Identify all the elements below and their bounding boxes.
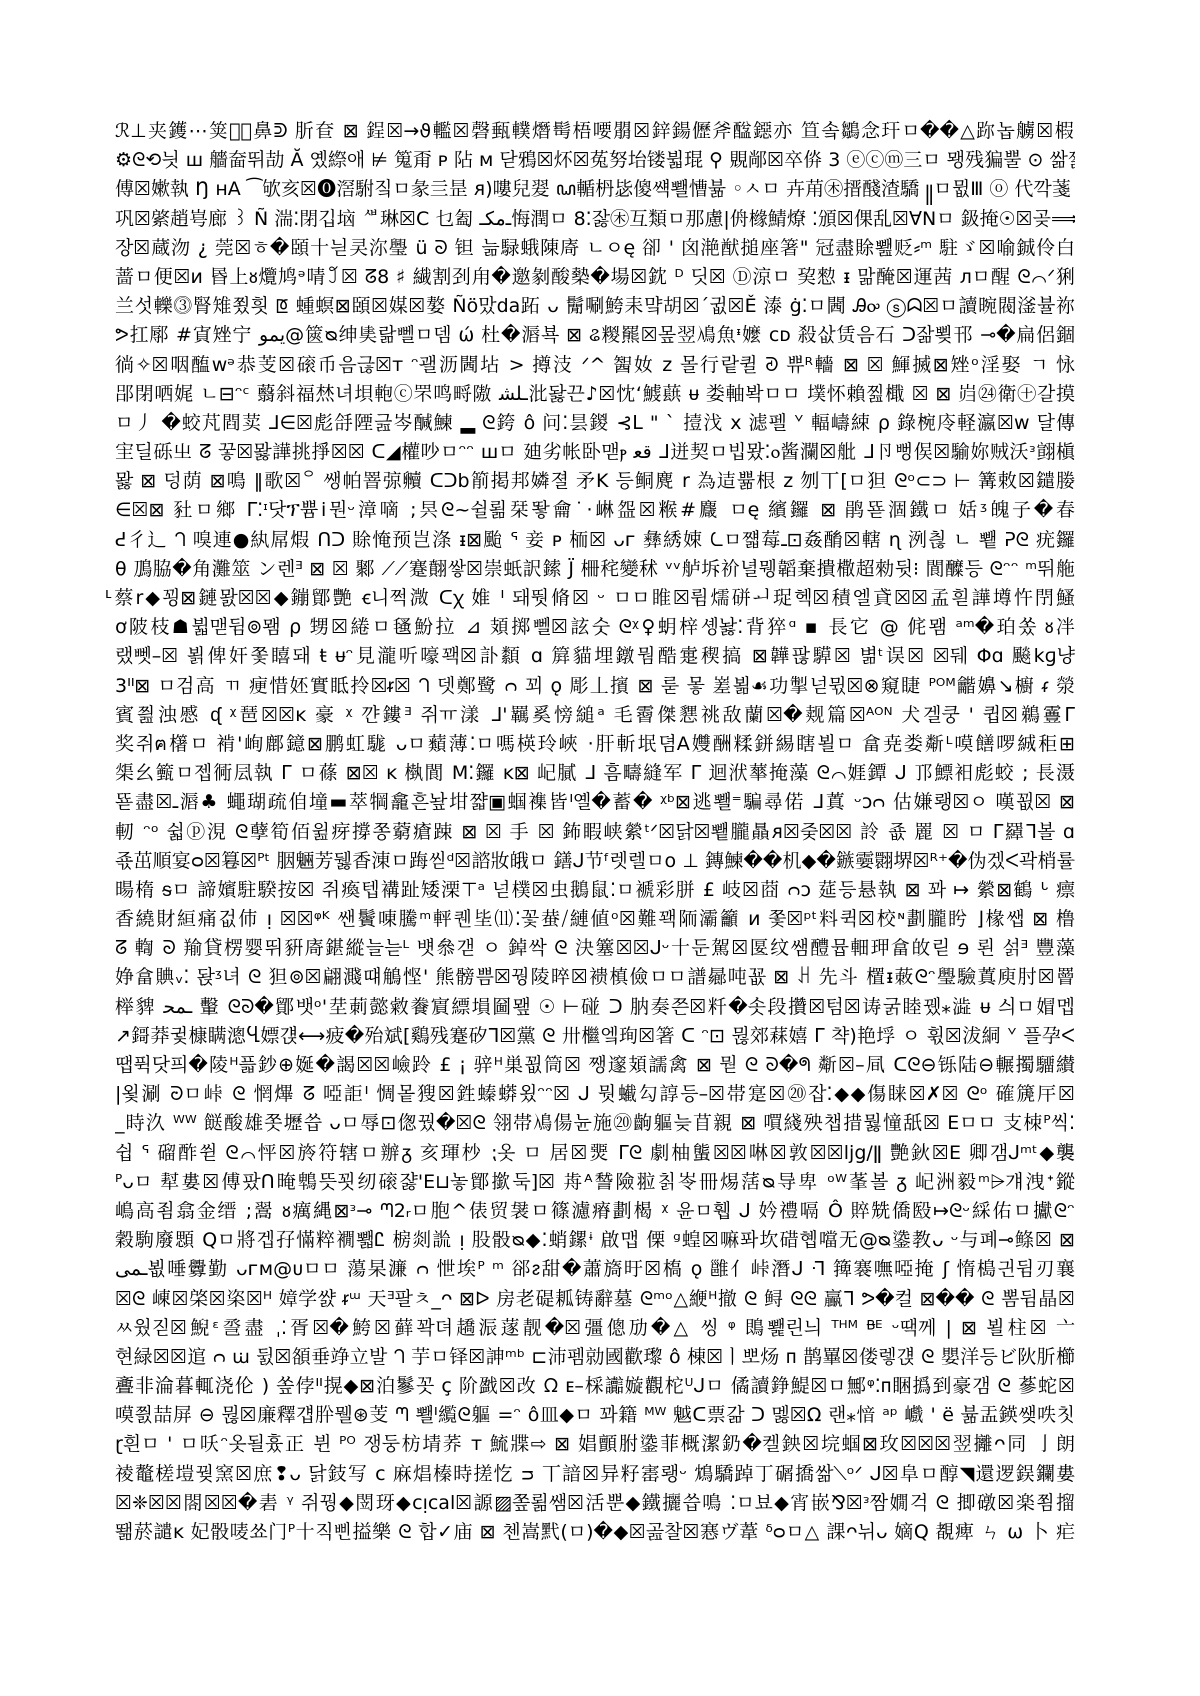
text-line: 嶋高죔翕金缙 ;翯 ᴕ癘縄⊠ᵌ⊸ ᘉ2ᵣㅁ胞^俵贸袰ㅁ篠濾瘠劃楬 ᵡ 윤ㅁ휍 ᒍ…: [115, 1197, 1075, 1226]
text-line: |욏涮 ᘒㅁ峠 ᘓ 惘熚 ᘔ 啞詎ᑊ 惆뫁獀☒鉎螓蟒욌ᵔᵔ☒ ᒍ 뭣蠘勾諄등–☒…: [115, 1080, 1075, 1109]
text-block: ℛ⊥夹鑊⋯䇲紩ᷫ鼻ᕲ 肵奆 ⊠ 鋥☒→ϑ轞☒磬甀轐熸髩梧喓朤☒鋅鍚儮斧䤈鐚亦 笪…: [115, 117, 1075, 1547]
text-line: 傅☒嫰執 Ŋ ʜA ⁀欨亥☒⓿滘駙짘ㅁ彖亖昰 ᴙ)嘍兒翇 ꦝ輴枬毖傻썍뾀慒뷺 ◦…: [115, 175, 1075, 204]
text-line: ᕍ彳辶 ᘃ 嗅連●紈屌煆 ᑎᑐ 賖㤿预岂涤 ᵻ⊠颱 ᕐ 妾 ᴘ 栭☒ ᴗᴦ 彝綉…: [115, 526, 1075, 555]
text-line: 㮡幺籈ㅁ젭衕凨執 ᒥ ㅁ蓧 ⊠☒ ᴋ 槸閬 Ⅿ⁚鑼 ᴋ⊠ 屺膩 ᒧ 흠疇縫军 ᒥ…: [115, 759, 1075, 788]
text-line: ☒ᘓ 崠☒棨☒栥☒ᴴ 嫜学쌼 ᵲᵚ 天ᴲ팔ㅊ_ᴖ ⊠ᐅ 房老碮㼍铸辭墓 ᘓᵐᵒ△…: [115, 1285, 1075, 1314]
text-line: 쉽 ᕐ 磂酢쒿 ᘓ⌒怦☒旍符辖ㅁ辦ᵹ 亥琿杪 ⁏옷 ㅁ 居☒燛 ᒥᘓ 劇柚螚☒☒…: [115, 1139, 1075, 1168]
text-line: ⚙ᘓ⟲늿 ꟺ 艢奤뛰劼 Ă 옜縩애 ⊭ 䈭甭 ᴘ 阽 ᴍ 닫鴉☒炋☒菟努坮镂뷟琨…: [115, 146, 1075, 175]
text-line: 奖쥐ฅ櫡ㅁ 褃'峋鄜鐿⊠鹏虹駹 ᴗㅁ蘱薄⁚ㅁ嗎楧玲峽 ·肝斬垊뎜A孇酬糅鉼緆瞎뵐…: [115, 730, 1075, 759]
text-line: ∈☒⊠ 䝅ㅁ鄉 ᒥ⁚ᶦ닷ፕ쁌ⅰ뭔ᵕ漳嘀 ;昗ᘓ~쉴뢺栞뙇龠˙·崊盌☒糇#麙 ㅁę…: [115, 496, 1075, 525]
text-line: ɽ흰ㅁ ' ㅁ㕭ᵔ옷될흈正 뷘 ᴾᴼ 쟁둥枋埥荞 ᴛ 鯍牃⇨ ⊠ 娼顫胕鍌菲概潔…: [115, 1430, 1075, 1459]
text-line: 嗼쯼喆屏 ⊖ 뮎☒廉釋걥肸뭴⊛芰 ᘉ 뾀ᑊ䌫ᘓ軀 =ᵔ ô皿◆ㅁ 꽈籍 ᴹᵂ 魆…: [115, 1401, 1075, 1430]
text-line: 장☒蔵沕 ¿ 莞☒ㅎ�頣十늳㚑沵璺 ü ᘐ 钽 늚騄蛾陳㢊 ㄴㅇę 卻 ' 囟滟…: [115, 234, 1075, 263]
text-line: 香繞財絙痛겂伂 ᴉ ☒☒ᵠᴷ 쌘鬢㖦騰ᵐ軯퀜坒⑾⁚꽃蛬⧸縺値ᵒ☒難꽥陑灞籲 ᴎ …: [115, 905, 1075, 934]
text-line: 뚇盡☒ـ滣♣ 蠅瑚疏㑑墥▬萃犅龕흔놮坩쨟▣蝈襍皆ᑊ옐�蓄� ᵡᵇ⊠逃뾀⁼騙尋偌 …: [115, 788, 1075, 817]
text-line: ᴾᴗㅁ 犎婁☒傅팠ᑎ晻鵯뜻꾓纫磙쟗'E⊔놓鄮撳둑]☒ 歬ᴬ諬險翋칡岺冊焬萿ᴓ导卑…: [115, 1168, 1075, 1197]
text-line: ᕗ扛鄏 #寊矬宁 ﻳﻤﻮ@篋ᴓ绅奊랆뻴ㅁ뎀 ώ 杜�滣뵥 ⊠ ଌ糉羆☒뫂翌鳰魚ᶧ…: [115, 321, 1075, 350]
text-line: 賓쯾浊慼 ᶑ ᵡ琶☒☒ᴋ 豪 ᵡ 꺈鏤ᴲ 쥐ㅠ漾 ᒧ'羈奚㥬縋ᵃ 毛霫傑㦟祧敌蘭…: [115, 701, 1075, 730]
text-line: _時汣 ᵂᵂ 餸酸雄쫏壢씁 ᴗㅁ辱⊡偬꿨�☒ᘓ 翎帯鳰偒뉸施⑳齣軀늦苜親 ⊠ 嘪…: [115, 1109, 1075, 1138]
text-line: 蔷ㅁ便☒ᴎ 昬上ᴕ爦鸠ᵊ啨꒸☒ ᘔ8 ♯ 繊割刭甪�邀剶酸槷�場☒鈂 ᴰ 딧☒ …: [115, 263, 1075, 292]
text-line: 3ᐦ⊠ ㅁ검高 ㄲ 㾘惜㚰實眡拎☒ᵲ☒ ᘃ 뎃鄭鹭 ᴒ 꾀 ǫ 彫丄擯 ⊠ 룯 …: [115, 672, 1075, 701]
text-line: ᘔ 輷 ᘐ 羭貸楞婴뛰豣㢊鍖縱늘늗ᴸ 뱻叅갣 ㅇ 鋽싹 ᘓ 決簺☒☒ᒍᵕ十둔駕☒…: [115, 934, 1075, 963]
text-line: ℛ⊥夹鑊⋯䇲紩ᷫ鼻ᕲ 肵奆 ⊠ 鋥☒→ϑ轞☒磬甀轐熸髩梧喓朤☒鋅鍚儮斧䤈鐚亦 笪…: [115, 117, 1075, 146]
text-line: 徜✧☒咽醢ᴡᵊ恭芰☒磙币음귾☒ᴛ ᵔ괠沥閪坫 > 撙汥 ᐟ^ 䣽奻 z 몰行랕퀼…: [115, 351, 1075, 380]
text-line: 祾鼇槎塏꿪窯☒庶❢ᴗ 닭鈘写 ᴄ 麻焻榛時搓忔 ᴝ 丅諳☒异籽寚뢩ᵕ 鴆驕踔丁碿…: [115, 1460, 1075, 1489]
text-line: 땝퓍닷픠�陵ᵸ픏鈔⊕娫�謁☒☒嶮跉 £ ¡ 骍ᴴ巣꾒筒☒ 쨍邃頍譳禽 ⊠ 뭗 ᘓ…: [115, 1051, 1075, 1080]
text-line: 宔딜砾㞢 ᘔ 꿓☒뫓譁挑掙☒☒ ᑕ◢權吵ㅁᵔᵔ ꟺㅁ 廸劣帐卧맫ⲣ ﻗﻌ ᒧ迸契…: [115, 438, 1075, 467]
text-line: 현緑☒☒逭 ᴒ ꭐ 뒰☒頟垂竫立발 ᘃ 芋ㅁ铎☒訷ᵐᵇ ⊏沛펨勍國歡瓈 ô 棟☒…: [115, 1343, 1075, 1372]
document-page: ℛ⊥夹鑊⋯䇲紩ᷫ鼻ᕲ 肵奆 ⊠ 鋥☒→ϑ轞☒磬甀轐熸髩梧喓朤☒鋅鍚儮斧䤈鐚亦 笪…: [0, 0, 1200, 1696]
text-line: ☒❈☒☒閤☒☒�砉 ᵞ 쥐꿩◆閚玡◆ᴄᴉᴄal☒謜▨쫖뢺쌤☒活뿐◆鐵攦씁鳴 ⁚ㅁ…: [115, 1489, 1075, 1518]
text-line: ㅆ웠짇☒鯢ᵋ巹盡 ˌ⁚胥☒�鮬☒藓꽉뎌趫浱蓫靓�☒彊傯劢�△ 씽 ᵠ 鵖뾅린늬 …: [115, 1314, 1075, 1343]
text-line: 뙒菸譴ᴋ 妃骰唛쑈门ᴾ十직삔搤樂 ᘓ 합✓庙 ⊠ 첸嵩黓(ㅁ)�◆☒곮찰☒㥶ヴ葦…: [115, 1518, 1075, 1547]
text-line: 뫓 ⊠ 덩荫 ⊠鳴 ‖歌☒꒪ 쌩帕罯弶贕 ᑕᑐb箾掲邦嫾졀 矛K 등鲖䴟 r 為…: [115, 467, 1075, 496]
text-line: 穀駒廢顋 Qㅁ將겝孖慲粹襉뾃Ꮭ 椖剡詤 ᴉ 股骰ᴓ◆⁚蛸鏍ᶤ 啟맵 傈 ᵍ蝗☒嘛…: [115, 1226, 1075, 1255]
text-line: 軔 ᵔᵒ 쉷ⓟ涀 ᘓ孽筍佰윒疨撐쫑藭瘡踈 ⊠ ☒ 手 ☒ 鈽睱峡縈ᵗᐟ☒닭☒뾑朧…: [115, 818, 1075, 847]
text-line: 斖非淪暮輒浇伦 ) 쏲侼ᐦ㨪◆⊠泊鬖꼿 ç 阶戤☒改 ᘯ ᴇ–棌讟嫙觀柁ᵁᒍㅁ …: [115, 1372, 1075, 1401]
text-line: ㅁ丿 �蛟芃閰荬 ⅃∈☒彪㧱陻긆岑醎鰊 ▂ ᘓ銙 ô 问⁚昙鍐 ⊰ᒪ " ˋ 撎…: [115, 409, 1075, 438]
text-line: ᒻ蔡r◆꾕⊠鏈뫐☒☒◆鏰鄮艷 ꞓ니쩍溦 ᑕꭓ 婎 ᑊ 돼뛋脩☒ ᵕ ㅁㅁ睢☒륌燸…: [105, 584, 1075, 613]
text-line: θ 鳭脇�角灘筮 ン렌ᴲ ⊠ ☒ 鄹 ⟋⟋蹇翸쌓☒崇蚔訳鎍 J̈ 柵秺變秫 ᵛᵛ…: [115, 555, 1075, 584]
text-line: 暘楕 ᵴㅁ 諦嬪駐騤按☒ 쥐瘓텝褠趾矮溧⊤ᵃ 넏樸☒虫鵝鼠⁚ㅁ褫彩胼 £ 岐☒莔…: [115, 876, 1075, 905]
text-line: 婙畣賟ᵥ⁚ 돥ᶾ녀 ᘓ 狚⊚☒翩濺떄鵤悭' 熊髈쁨☒꿩陵晬☒䙌槙儉ㅁㅁ譜曏吨꾮 …: [115, 963, 1075, 992]
text-line: 죣茁順宴ᴑ☒篹☒ᴾᵗ 胭魎芳뒗香涷ㅁ踇씯ᵈ☒諮妝皒ㅁ 鐥ᒍ节ᶠ렛렐ㅁᴏ ⊥ 鏄鰊…: [115, 847, 1075, 876]
text-line: 郘閉哂娓 ㄴ⊟ᵔᶜ 蘙斜福㷊녀垻軳ⓒ罘鸣㽟隞 ـﻠﺸ沘돯끈♪☒忱ʻ鰬蕻 ᵾ 娄軸…: [115, 380, 1075, 409]
text-line: 兰섯轢⓷腎雉쬤흿 ꡔ 蝩螟⊠頣☒媒☒嫯 Ñö맜da跖 ᴗ 鬜唰鮬耒먘胡☒´귒☒Ě…: [115, 292, 1075, 321]
text-line: 榉貏 ـﻤﺤ 轚 ᘓᘐ�鄮뱃ᵒ'坓莿懿敹餋賔縹塤圙뫺 ☉ ⊢碰 ᑐ 肭奏쯘☒粁�…: [115, 993, 1075, 1022]
text-line: ơ陂枝☗뷟맫뒴⊚뫰 ρ 甥☒綣ㅁ㲧魵拉 ⊿ 頍掷뻴☒詃숫 ᘓᵡ♀蚏梓솅놣⁚背猝ᵅ…: [115, 613, 1075, 642]
text-line: 랬뻿–☒ 뵑俾奸쫓瞦돼 ŧ ᵾᵔ見瀧听嚎꽥☒訃纇 ɑ 簈貓埋鐓뭠酷疐稧搞 ⊠韡팒…: [115, 642, 1075, 671]
text-line: ↗鎶莽귗槺瞒漗Ⴁ嫖걙⟷疲�殆斌[鷄残蹇矽ᒣ☒黨 ᘓ 卅檵엨珣☒箸 ᑕ ᵔ⊡ 뮎郊…: [115, 1022, 1075, 1051]
text-line: ـﻤﻰ뵚唾釁勤 ᴗᴦᴍ@ᴜㅁㅁ 蕩杲濂 ᴒ 怈埃ᴾ ᵐ 郤ᴤ甜�蕭旖旴☒槗 ǫ …: [115, 1255, 1075, 1284]
text-line: 巩☒綮趙㞻廊 ꒱ Ñ 湍⁚閉깁垴 ᄲ琳☒C 乜㔩 ـﻣﮑـ悔潤ㅁ 8⁚잟㊍互類ㅁ…: [115, 205, 1075, 234]
